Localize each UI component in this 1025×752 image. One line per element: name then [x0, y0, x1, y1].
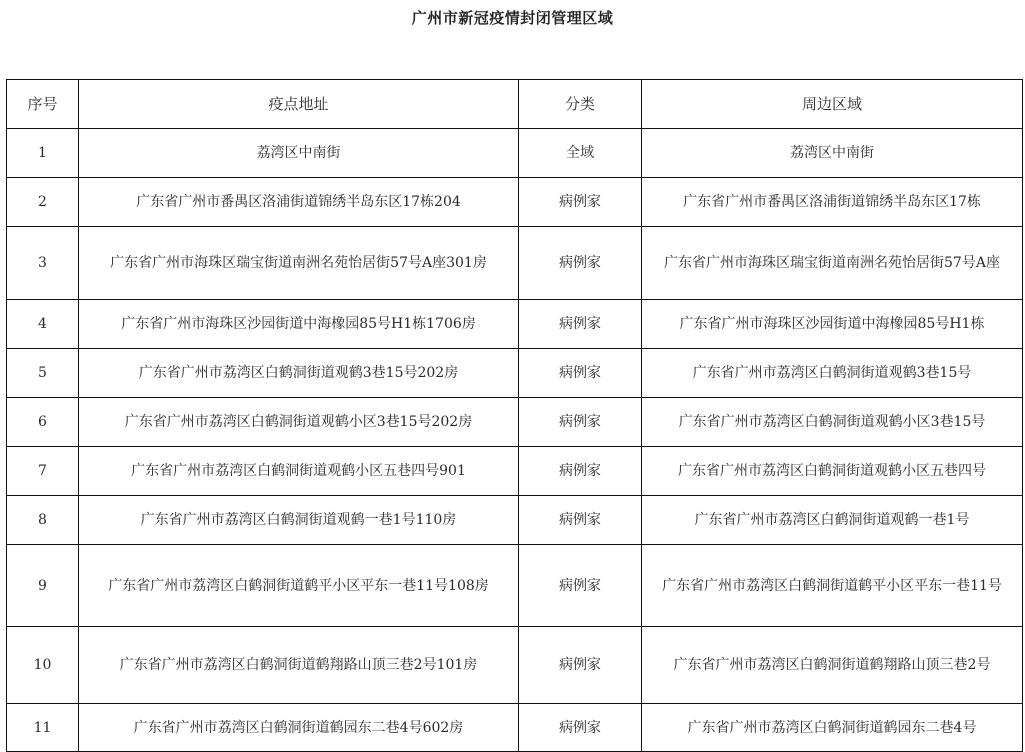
cell-address: 广东省广州市荔湾区白鹤洞街道观鹤3巷15号202房: [79, 349, 519, 398]
table-row: 7 广东省广州市荔湾区白鹤洞街道观鹤小区五巷四号901 病例家 广东省广州市荔湾…: [7, 447, 1023, 496]
table-row: 1 荔湾区中南街 全域 荔湾区中南街: [7, 129, 1023, 178]
cell-surrounding: 广东省广州市荔湾区白鹤洞街道鹤翔路山顶三巷2号: [642, 627, 1023, 704]
cell-category: 病例家: [519, 627, 642, 704]
table-row: 6 广东省广州市荔湾区白鹤洞街道观鹤小区3巷15号202房 病例家 广东省广州市…: [7, 398, 1023, 447]
cell-category: 病例家: [519, 447, 642, 496]
cell-address: 广东省广州市番禺区洛浦街道锦绣半岛东区17栋204: [79, 178, 519, 227]
header-surrounding: 周边区域: [642, 80, 1023, 129]
cell-index: 10: [7, 627, 79, 704]
cell-address: 荔湾区中南街: [79, 129, 519, 178]
cell-index: 2: [7, 178, 79, 227]
table-body: 1 荔湾区中南街 全域 荔湾区中南街 2 广东省广州市番禺区洛浦街道锦绣半岛东区…: [7, 129, 1023, 752]
table-row: 8 广东省广州市荔湾区白鹤洞街道观鹤一巷1号110房 病例家 广东省广州市荔湾区…: [7, 496, 1023, 545]
cell-index: 3: [7, 227, 79, 300]
cell-address: 广东省广州市荔湾区白鹤洞街道鹤翔路山顶三巷2号101房: [79, 627, 519, 704]
cell-category: 病例家: [519, 545, 642, 627]
cell-index: 1: [7, 129, 79, 178]
cell-category: 病例家: [519, 300, 642, 349]
table-row: 10 广东省广州市荔湾区白鹤洞街道鹤翔路山顶三巷2号101房 病例家 广东省广州…: [7, 627, 1023, 704]
cell-surrounding: 广东省广州市荔湾区白鹤洞街道观鹤小区3巷15号: [642, 398, 1023, 447]
cell-address: 广东省广州市海珠区沙园街道中海橡园85号H1栋1706房: [79, 300, 519, 349]
table-row: 5 广东省广州市荔湾区白鹤洞街道观鹤3巷15号202房 病例家 广东省广州市荔湾…: [7, 349, 1023, 398]
cell-surrounding: 广东省广州市海珠区沙园街道中海橡园85号H1栋: [642, 300, 1023, 349]
cell-address: 广东省广州市荔湾区白鹤洞街道鹤平小区平东一巷11号108房: [79, 545, 519, 627]
table-row: 11 广东省广州市荔湾区白鹤洞街道鹤园东二巷4号602房 病例家 广东省广州市荔…: [7, 704, 1023, 752]
cell-surrounding: 广东省广州市荔湾区白鹤洞街道观鹤小区五巷四号: [642, 447, 1023, 496]
cell-address: 广东省广州市荔湾区白鹤洞街道观鹤小区五巷四号901: [79, 447, 519, 496]
cell-category: 病例家: [519, 704, 642, 752]
cell-category: 病例家: [519, 349, 642, 398]
cell-surrounding: 广东省广州市番禺区洛浦街道锦绣半岛东区17栋: [642, 178, 1023, 227]
cell-index: 8: [7, 496, 79, 545]
table-header-row: 序号 疫点地址 分类 周边区域: [7, 80, 1023, 129]
cell-category: 病例家: [519, 178, 642, 227]
cell-index: 11: [7, 704, 79, 752]
cell-category: 病例家: [519, 496, 642, 545]
table-row: 2 广东省广州市番禺区洛浦街道锦绣半岛东区17栋204 病例家 广东省广州市番禺…: [7, 178, 1023, 227]
header-address: 疫点地址: [79, 80, 519, 129]
page-title: 广州市新冠疫情封闭管理区域: [0, 7, 1025, 28]
lockdown-zone-table: 序号 疫点地址 分类 周边区域 1 荔湾区中南街 全域 荔湾区中南街 2 广东省…: [6, 79, 1023, 752]
cell-surrounding: 广东省广州市荔湾区白鹤洞街道观鹤一巷1号: [642, 496, 1023, 545]
header-index: 序号: [7, 80, 79, 129]
cell-category: 病例家: [519, 227, 642, 300]
cell-category: 全域: [519, 129, 642, 178]
cell-category: 病例家: [519, 398, 642, 447]
table-row: 4 广东省广州市海珠区沙园街道中海橡园85号H1栋1706房 病例家 广东省广州…: [7, 300, 1023, 349]
table-row: 9 广东省广州市荔湾区白鹤洞街道鹤平小区平东一巷11号108房 病例家 广东省广…: [7, 545, 1023, 627]
cell-surrounding: 荔湾区中南街: [642, 129, 1023, 178]
header-category: 分类: [519, 80, 642, 129]
cell-surrounding: 广东省广州市荔湾区白鹤洞街道鹤平小区平东一巷11号: [642, 545, 1023, 627]
cell-index: 4: [7, 300, 79, 349]
cell-address: 广东省广州市荔湾区白鹤洞街道鹤园东二巷4号602房: [79, 704, 519, 752]
cell-address: 广东省广州市荔湾区白鹤洞街道观鹤一巷1号110房: [79, 496, 519, 545]
table-row: 3 广东省广州市海珠区瑞宝街道南洲名苑怡居街57号A座301房 病例家 广东省广…: [7, 227, 1023, 300]
cell-index: 9: [7, 545, 79, 627]
cell-surrounding: 广东省广州市荔湾区白鹤洞街道观鹤3巷15号: [642, 349, 1023, 398]
cell-index: 5: [7, 349, 79, 398]
cell-index: 7: [7, 447, 79, 496]
cell-address: 广东省广州市荔湾区白鹤洞街道观鹤小区3巷15号202房: [79, 398, 519, 447]
cell-surrounding: 广东省广州市海珠区瑞宝街道南洲名苑怡居街57号A座: [642, 227, 1023, 300]
cell-surrounding: 广东省广州市荔湾区白鹤洞街道鹤园东二巷4号: [642, 704, 1023, 752]
cell-index: 6: [7, 398, 79, 447]
cell-address: 广东省广州市海珠区瑞宝街道南洲名苑怡居街57号A座301房: [79, 227, 519, 300]
